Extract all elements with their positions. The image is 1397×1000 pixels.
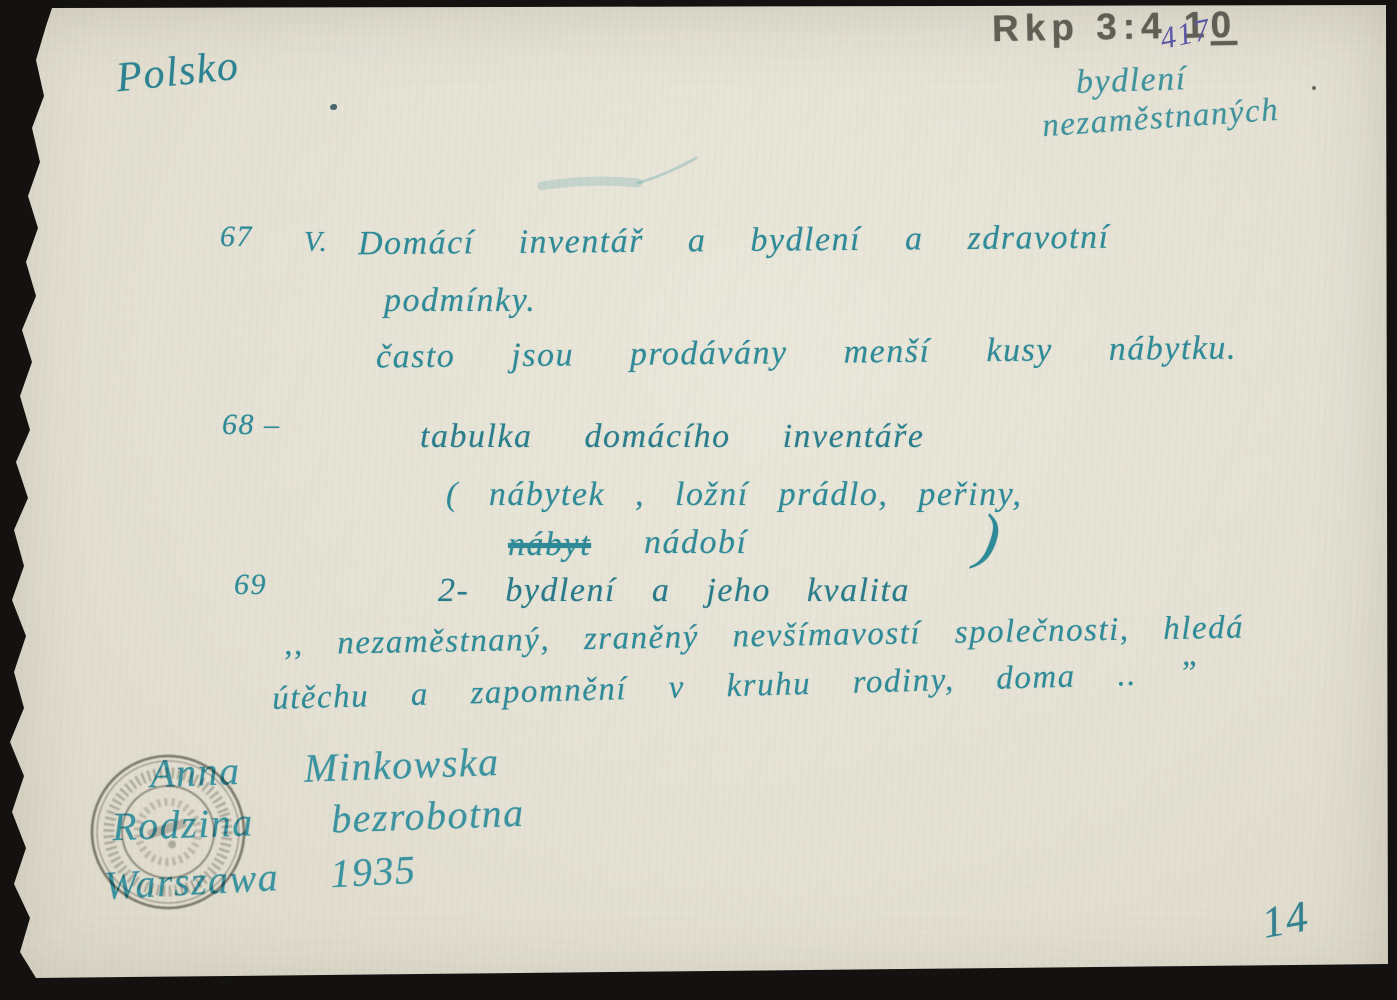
margin-number-68: 68 – [222, 408, 281, 442]
margin-number-67: 67 [220, 220, 253, 254]
margin-number-69: 69 [234, 568, 267, 602]
note-line: nádobí [644, 524, 747, 562]
scanned-manuscript-page: Polsko Rkp 3:4 10 417 bydlení nezaměstna… [0, 0, 1397, 1000]
note-line: často jsou prodávány menší kusy nábytku. [376, 329, 1237, 376]
note-line: ( nábytek , ložní prádlo, peřiny, [446, 476, 1022, 514]
note-line: Domácí inventář a bydlení a zdravotní [358, 219, 1110, 264]
page-number: 14 [1258, 890, 1313, 948]
subject-note-line1: bydlení [1075, 60, 1187, 102]
note-line: podmínky. [384, 282, 536, 320]
shelfmark-stamp-underlined-digit: 0 [1210, 4, 1237, 45]
quote-line: útěchu a zapomnění v kruhu rodiny, doma … [272, 655, 1199, 718]
ink-smudge [528, 150, 718, 200]
note-line: 2- bydlení a jeho kvalita [438, 572, 910, 610]
ink-speck [1312, 86, 1316, 90]
quote-line: ,, nezaměstnaný, zraněný nevšímavostí sp… [284, 610, 1245, 664]
country-label: Polsko [114, 42, 242, 103]
section-numeral: V. [304, 226, 328, 259]
paper-sheet: Polsko Rkp 3:4 10 417 bydlení nezaměstna… [0, 0, 1397, 1000]
note-line: tabulka domácího inventáře [420, 418, 924, 456]
ink-speck [330, 104, 337, 110]
struck-word: nábyt [508, 526, 591, 564]
